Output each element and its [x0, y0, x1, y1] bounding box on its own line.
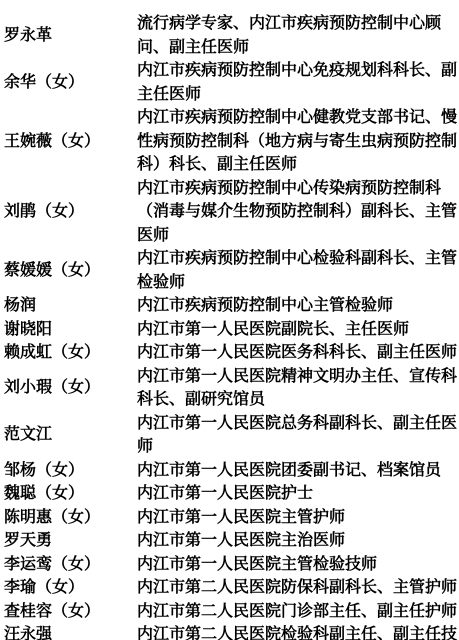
person-name: 余华（女）	[4, 71, 137, 95]
person-title: 内江市第一人民医院主管护师	[137, 506, 459, 530]
roster-row: 谢晓阳 内江市第一人民医院副院长、主任医师	[4, 318, 459, 342]
person-name: 魏聪（女）	[4, 482, 137, 506]
person-title: 内江市第一人民医院团委副书记、档案馆员	[137, 459, 459, 483]
person-title: 内江市第一人民医院主管检验技师	[137, 553, 459, 577]
person-name: 李运鸾（女）	[4, 553, 137, 577]
person-name: 刘小瑕（女）	[4, 376, 137, 400]
person-title: 内江市疾病预防控制中心主管检验师	[137, 294, 459, 318]
person-title: 内江市疾病预防控制中心健教党支部书记、慢性病预防控制科（地方病与寄生虫病预防控制…	[137, 106, 459, 177]
roster-row: 王婉薇（女） 内江市疾病预防控制中心健教党支部书记、慢性病预防控制科（地方病与寄…	[4, 106, 459, 177]
person-title: 内江市疾病预防控制中心检验科副科长、主管检验师	[137, 247, 459, 294]
person-name: 刘鹃（女）	[4, 200, 137, 224]
person-name: 王婉薇（女）	[4, 130, 137, 154]
roster-row: 查桂容（女） 内江市第二人民医院门诊部主任、副主任护师	[4, 600, 459, 624]
person-title: 内江市第一人民医院精神文明办主任、宣传科科长、副研究馆员	[137, 365, 459, 412]
person-name: 谢晓阳	[4, 318, 137, 342]
person-name: 蔡媛媛（女）	[4, 259, 137, 283]
roster-row: 汪永强 内江市第二人民医院检验科副主任、副主任技	[4, 623, 459, 640]
person-title: 流行病学专家、内江市疾病预防控制中心顾问、副主任医师	[137, 12, 459, 59]
person-name: 范文江	[4, 423, 137, 447]
roster-row: 范文江 内江市第一人民医院总务科副科长、副主任医师	[4, 412, 459, 459]
roster-row: 杨润 内江市疾病预防控制中心主管检验师	[4, 294, 459, 318]
person-title: 内江市疾病预防控制中心传染病预防控制科（消毒与媒介生物预防控制科）副科长、主管医…	[137, 177, 459, 248]
roster-row: 李瑜（女） 内江市第二人民医院防保科副科长、主管护师	[4, 576, 459, 600]
person-name: 李瑜（女）	[4, 576, 137, 600]
person-name: 陈明惠（女）	[4, 506, 137, 530]
roster-row: 罗永革 流行病学专家、内江市疾病预防控制中心顾问、副主任医师	[4, 12, 459, 59]
person-name: 赖成虹（女）	[4, 341, 137, 365]
person-name: 查桂容（女）	[4, 600, 137, 624]
person-name: 汪永强	[4, 623, 137, 640]
roster-row: 陈明惠（女） 内江市第一人民医院主管护师	[4, 506, 459, 530]
person-title: 内江市第二人民医院防保科副科长、主管护师	[137, 576, 459, 600]
person-title: 内江市第一人民医院护士	[137, 482, 459, 506]
roster-row: 刘小瑕（女） 内江市第一人民医院精神文明办主任、宣传科科长、副研究馆员	[4, 365, 459, 412]
personnel-roster: 罗永革 流行病学专家、内江市疾病预防控制中心顾问、副主任医师 余华（女） 内江市…	[0, 0, 459, 640]
roster-row: 赖成虹（女） 内江市第一人民医院医务科科长、副主任医师	[4, 341, 459, 365]
person-title: 内江市第一人民医院医务科科长、副主任医师	[137, 341, 459, 365]
roster-row: 余华（女） 内江市疾病预防控制中心免疫规划科科长、副主任医师	[4, 59, 459, 106]
roster-row: 蔡媛媛（女） 内江市疾病预防控制中心检验科副科长、主管检验师	[4, 247, 459, 294]
person-name: 罗永革	[4, 24, 137, 48]
person-title: 内江市第二人民医院门诊部主任、副主任护师	[137, 600, 459, 624]
roster-row: 魏聪（女） 内江市第一人民医院护士	[4, 482, 459, 506]
person-title: 内江市第一人民医院副院长、主任医师	[137, 318, 459, 342]
person-name: 杨润	[4, 294, 137, 318]
person-name: 罗天勇	[4, 529, 137, 553]
roster-row: 邹杨（女） 内江市第一人民医院团委副书记、档案馆员	[4, 459, 459, 483]
person-title: 内江市疾病预防控制中心免疫规划科科长、副主任医师	[137, 59, 459, 106]
person-title: 内江市第一人民医院主治医师	[137, 529, 459, 553]
person-title: 内江市第二人民医院检验科副主任、副主任技	[137, 623, 459, 640]
roster-row: 李运鸾（女） 内江市第一人民医院主管检验技师	[4, 553, 459, 577]
roster-row: 刘鹃（女） 内江市疾病预防控制中心传染病预防控制科（消毒与媒介生物预防控制科）副…	[4, 177, 459, 248]
person-title: 内江市第一人民医院总务科副科长、副主任医师	[137, 412, 459, 459]
person-name: 邹杨（女）	[4, 459, 137, 483]
roster-row: 罗天勇 内江市第一人民医院主治医师	[4, 529, 459, 553]
